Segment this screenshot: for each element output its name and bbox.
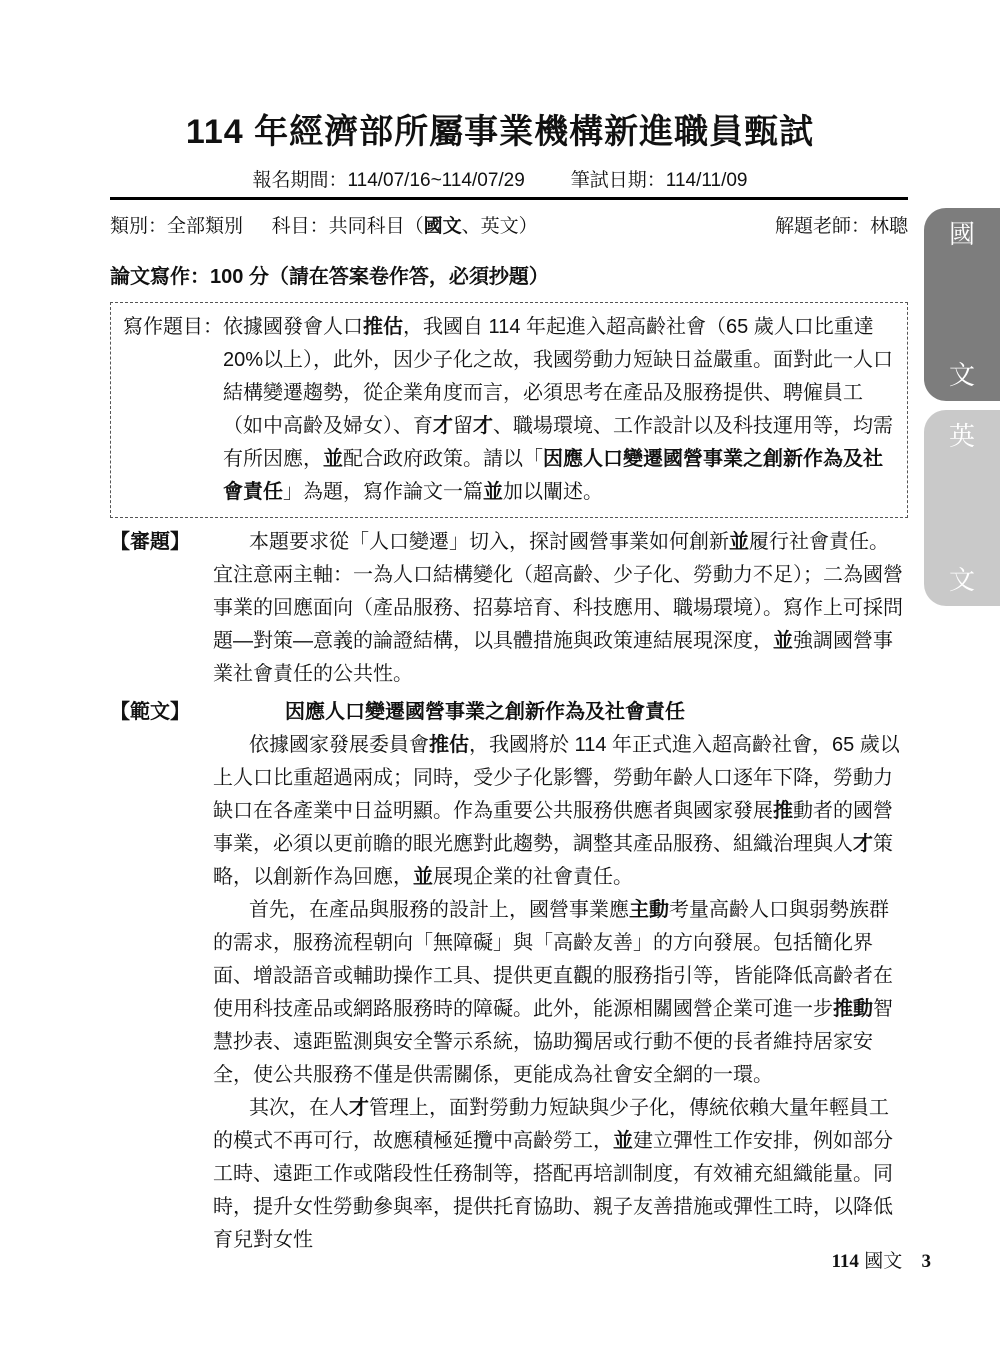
exam-dates-line: 報名期間：114/07/16~114/07/29筆試日期：114/11/09 bbox=[0, 168, 1000, 194]
category-and-subject: 類別：全部類別 科目：共同科目（國文、英文） bbox=[110, 214, 538, 240]
page-title: 114 年經濟部所屬事業機構新進職員甄試 bbox=[0, 112, 1000, 152]
solution-teacher: 解題老師：林聰 bbox=[775, 214, 908, 240]
subject-label: 科目：共同科目（國文、英文） bbox=[272, 216, 538, 237]
written-exam-date: 筆試日期：114/11/09 bbox=[571, 170, 748, 191]
tab-english-top-char: 英 bbox=[949, 422, 975, 450]
analysis-label: 【審題】 bbox=[110, 526, 190, 559]
sample-essay-paragraph-1: 依據國家發展委員會推估，我國將於 114 年正式進入超高齡社會，65 歲以上人口… bbox=[213, 729, 908, 894]
registration-period: 報名期間：114/07/16~114/07/29 bbox=[252, 170, 524, 191]
exam-solution-page: 114 年經濟部所屬事業機構新進職員甄試 報名期間：114/07/16~114/… bbox=[0, 0, 1000, 1353]
prompt-text: 依據國發會人口推估，我國自 114 年起進入超高齡社會（65 歲人口比重達 20… bbox=[223, 311, 895, 509]
section-analysis: 【審題】 本題要求從「人口變遷」切入，探討國營事業如何創新並履行社會責任。宜注意… bbox=[110, 526, 908, 691]
essay-score-line: 論文寫作：100 分（請在答案卷作答，必須抄題） bbox=[110, 264, 908, 290]
sample-essay-label: 【範文】 bbox=[110, 696, 190, 729]
tab-chinese-top-char: 國 bbox=[949, 220, 975, 248]
page-footer: 114 國文 3 bbox=[831, 1250, 931, 1274]
analysis-text: 本題要求從「人口變遷」切入，探討國營事業如何創新並履行社會責任。宜注意兩主軸：一… bbox=[213, 526, 908, 691]
category-label: 類別：全部類別 bbox=[110, 216, 243, 237]
sample-essay-title: 因應人口變遷國營事業之創新作為及社會責任 bbox=[285, 696, 908, 729]
footer-page-number: 3 bbox=[922, 1251, 932, 1272]
header-divider bbox=[110, 197, 908, 200]
tab-chinese-bottom-char: 文 bbox=[949, 361, 975, 389]
tab-chinese-section[interactable]: 國 文 bbox=[924, 208, 1000, 401]
prompt-label: 寫作題目： bbox=[123, 311, 223, 344]
writing-prompt-box: 寫作題目： 依據國發會人口推估，我國自 114 年起進入超高齡社會（65 歲人口… bbox=[110, 302, 908, 518]
meta-row: 類別：全部類別 科目：共同科目（國文、英文） 解題老師：林聰 bbox=[110, 214, 908, 240]
tab-english-section[interactable]: 英 文 bbox=[924, 410, 1000, 606]
tab-english-bottom-char: 文 bbox=[949, 566, 975, 594]
footer-booklet-number: 114 bbox=[831, 1251, 858, 1272]
footer-subject: 國文 bbox=[864, 1251, 902, 1272]
section-sample-essay: 【範文】 因應人口變遷國營事業之創新作為及社會責任 依據國家發展委員會推估，我國… bbox=[110, 696, 908, 1257]
sample-essay-paragraph-2: 首先，在產品與服務的設計上，國營事業應主動考量高齡人口與弱勢族群的需求，服務流程… bbox=[213, 894, 908, 1092]
sample-essay-paragraph-3: 其次，在人才管理上，面對勞動力短缺與少子化，傳統依賴大量年輕員工的模式不再可行，… bbox=[213, 1092, 908, 1257]
